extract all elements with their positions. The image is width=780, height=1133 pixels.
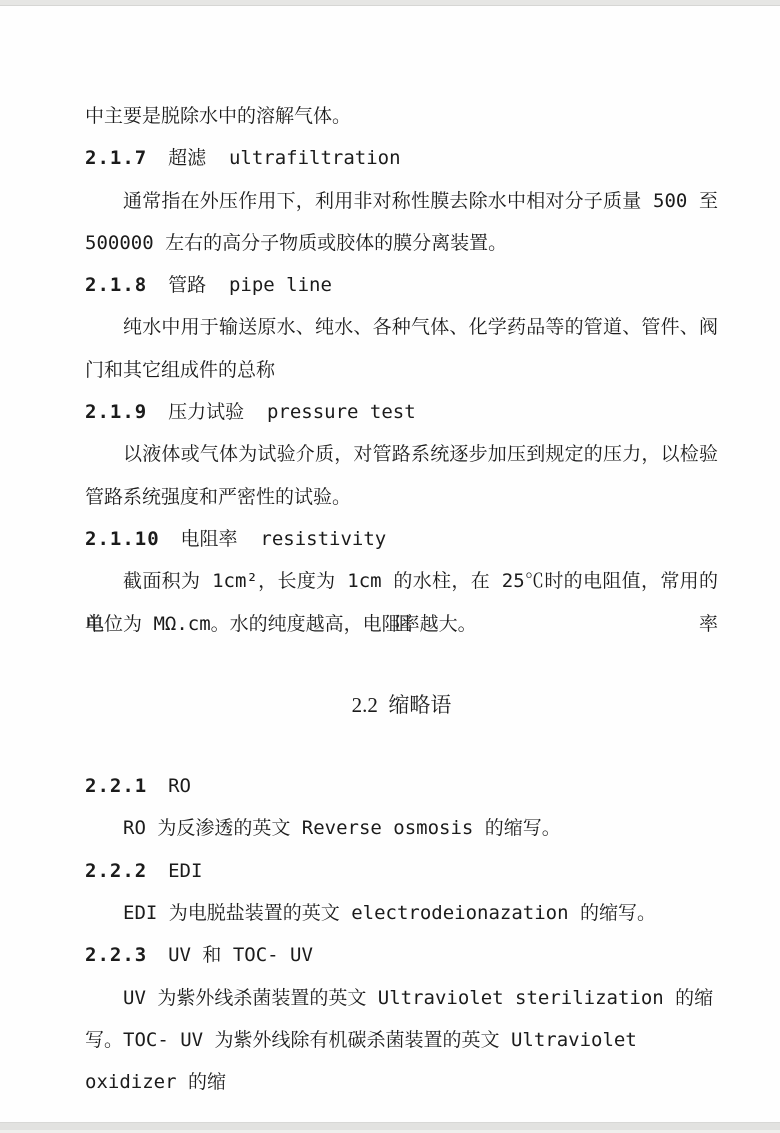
body-line: 通常指在外压作用下，利用非对称性膜去除水中相对分子质量 500 至 (85, 180, 718, 222)
clause-number: 2.1.9 (85, 401, 147, 423)
clause-heading: 2.2.2EDI (85, 850, 718, 892)
body-line: 中主要是脱除水中的溶解气体。 (85, 95, 718, 137)
clause-heading: 2.2.1RO (85, 765, 718, 807)
clause-heading: 2.2.3UV 和 TOC- UV (85, 934, 718, 976)
scan-edge-bottom (0, 1122, 780, 1130)
clause-number: 2.2.1 (85, 775, 147, 797)
clause-term-text: 超滤 ultrafiltration (168, 147, 400, 169)
body-line: TOC- UV 为紫外线除有机碳杀菌装置的英文 Ultraviolet oxid… (85, 1019, 718, 1061)
clause-term-text: UV 和 TOC- UV (168, 944, 313, 966)
clause-term-text: 管路 pipe line (168, 274, 332, 296)
body-line: 管路系统强度和严密性的试验。 (85, 476, 718, 518)
body-line: EDI 为电脱盐装置的英文 electrodeionazation 的缩写。 (85, 892, 718, 934)
body-line: RO 为反渗透的英文 Reverse osmosis 的缩写。 (85, 807, 718, 849)
clause-number: 2.1.7 (85, 147, 147, 169)
clause-heading: 2.1.7超滤 ultrafiltration (85, 137, 718, 179)
clause-number: 2.1.10 (85, 528, 160, 550)
body-line: 以液体或气体为试验介质，对管路系统逐步加压到规定的压力，以检验 (85, 433, 718, 475)
clause-number: 2.1.8 (85, 274, 147, 296)
body-line: 纯水中用于输送原水、纯水、各种气体、化学药品等的管道、管件、阀 (85, 306, 718, 348)
clause-heading: 2.1.10电阻率 resistivity (85, 518, 718, 560)
document-body: 中主要是脱除水中的溶解气体。2.1.7超滤 ultrafiltration通常指… (0, 6, 780, 1061)
section-heading: 2.2 缩略语 (85, 684, 718, 726)
body-line: UV 为紫外线杀菌装置的英文 Ultraviolet sterilization… (85, 977, 718, 1019)
body-line: 门和其它组成件的总称 (85, 349, 718, 391)
body-line: 500000 左右的高分子物质或胶体的膜分离装置。 (85, 222, 718, 264)
clause-number: 2.2.3 (85, 944, 147, 966)
clause-term-text: EDI (168, 860, 202, 882)
clause-term-text: 压力试验 pressure test (168, 401, 416, 423)
clause-heading: 2.1.9压力试验 pressure test (85, 391, 718, 433)
clause-heading: 2.1.8管路 pipe line (85, 264, 718, 306)
clause-term-text: RO (168, 775, 191, 797)
clause-number: 2.2.2 (85, 860, 147, 882)
body-line: 截面积为 1cm²，长度为 1cm 的水柱，在 25℃时的电阻值，常用的电阻率 (85, 560, 718, 602)
clause-term-text: 电阻率 resistivity (181, 528, 387, 550)
